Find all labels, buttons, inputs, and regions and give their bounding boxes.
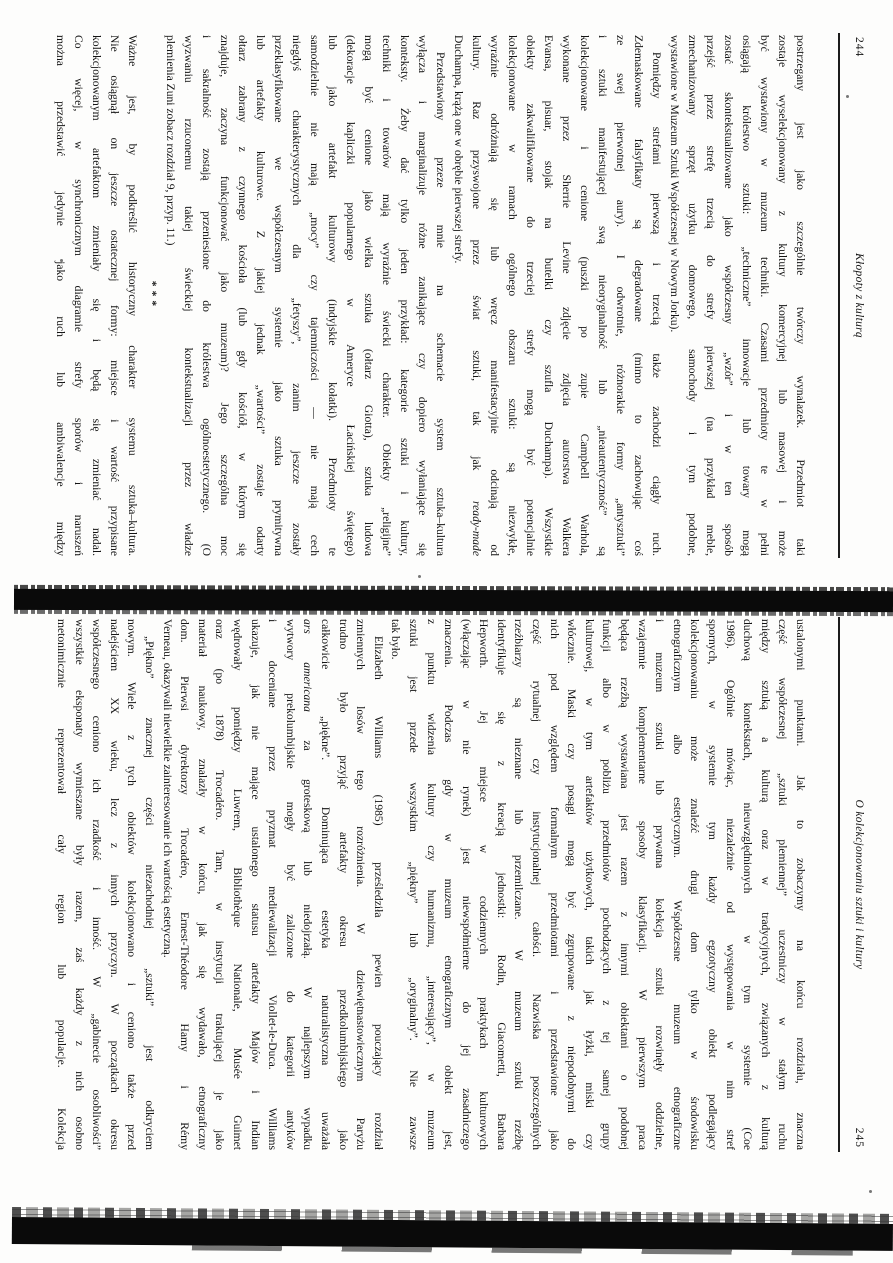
text-line: Nie osiągnął on jeszcze ostatecznej form… (105, 35, 123, 556)
text-line: wzajemnie komplementarne sposoby klasyfi… (633, 619, 651, 1150)
text-line: identyfikuje się z kreacją jednostki: Ro… (492, 619, 510, 1150)
text-line: techniki i towarów mają wyraźnie świecki… (377, 35, 395, 556)
text-line: wyzwaniu rzuconemu takiej świeckiej kont… (179, 35, 197, 556)
text-line: tak było. (387, 619, 405, 1150)
text-line: konteksty. Żeby dać tylko jeden przykład… (395, 35, 413, 556)
text-line: Elizabeth Williams (1985) prześledziła p… (369, 619, 387, 1150)
text-line: Przedstawiony przeze mnie na schemacie s… (431, 35, 449, 556)
scan-speck (869, 1190, 872, 1193)
text-line: włócznie. Maski czy posągi mogą być zgru… (563, 619, 581, 1150)
text-line: być wystawiony w muzeum techniki. Czasam… (755, 35, 773, 556)
text-line: lub artefakty kulturowe. Z jakiej jednak… (251, 35, 269, 556)
text-block: postrzegany jest jako szczególnie twórcz… (51, 33, 809, 558)
text-line: funkcji albo w pobliżu przedmiotów pocho… (598, 619, 616, 1150)
text-line: wykonane przez Sherrie Levine zdjęcie zd… (557, 35, 575, 556)
text-line: ukazuje, jak nie mające ustalonego statu… (246, 619, 264, 1150)
text-line: nowym. Wiele z tych obiektów kolekcjonow… (123, 619, 141, 1150)
running-title: O kolekcjonowaniu sztuki i kultury (853, 681, 865, 1088)
text-line: Evansa, pisuar, stojak na butelki czy sz… (539, 35, 557, 556)
page-header: 244 Kłopoty z kulturą (847, 33, 885, 558)
text-line: i doceniane przez pryzmat mediewalizacji… (264, 619, 282, 1150)
text-line: metonimicznie reprezentował cały region … (52, 619, 70, 1150)
text-line: „Piękno” znacznej części niezachodniej „… (140, 619, 158, 1150)
text-line: mogą być cenione jako wielka sztuka (ołt… (359, 35, 377, 556)
text-line: zostaje wyselekcjonowany z kultury komer… (773, 35, 791, 556)
text-line: znaczenia. Podczas gdy w muzeum etnograf… (440, 619, 458, 1150)
text-line: wędrowały pomiędzy Luwrem, Bibliothèque … (228, 619, 246, 1150)
page-number: 244 (853, 37, 865, 97)
text-line: część rytualnej czy instytucjonalnej cał… (528, 619, 546, 1150)
text-line: wytwory prekolumbijskie mogły być zalicz… (281, 619, 299, 1150)
text-line: (dekoracje kapliczki popularnego w Amery… (341, 35, 359, 556)
text-line: zmechanizowany sprzęt użytku domowego, s… (683, 35, 701, 556)
text-line: całkowicie „piękne”. Dominująca estetyka… (316, 619, 334, 1150)
text-line: lub jako artefakt kulturowy (indyjskie k… (323, 35, 341, 556)
book-scan: 244 Kłopoty z kulturą postrzegany jest j… (0, 0, 893, 1263)
text-line: kolekcjonowanym artefaktom zmieniały się… (87, 35, 105, 556)
text-line: osiągają królestwo sztuki: „techniczne” … (737, 35, 755, 556)
text-line: Zdemaskowane falsyfikaty są degradowane … (629, 35, 647, 556)
text-line: Duchampa, krążą one w obrębie pierwszej … (449, 35, 467, 556)
scanned-page-244: 244 Kłopoty z kulturą postrzegany jest j… (25, 33, 885, 558)
scan-speck (418, 575, 421, 578)
page-header: O kolekcjonowaniu sztuki i kultury 245 (847, 617, 885, 1152)
text-line: 1986). Ogólnie mówiąc, niezależnie od wy… (721, 619, 739, 1150)
text-line: obiekty zakwalifikowane do trzeciej stre… (521, 35, 539, 556)
text-line: sztuki jest przede wszystkim „piękny” lu… (404, 619, 422, 1150)
page-number: 245 (853, 1088, 865, 1148)
scanned-page-245: O kolekcjonowaniu sztuki i kultury 245 u… (25, 617, 885, 1152)
text-line: będąca rzeźbą wystawiana jest razem z in… (615, 619, 633, 1150)
text-line: i sztuki manifestującej swą nieoryginaln… (593, 35, 611, 556)
text-line: postrzegany jest jako szczególnie twórcz… (791, 35, 809, 556)
text-line: oraz (po 1878) Trocadéro. Tam, w instytu… (211, 619, 229, 1150)
text-line: wystawione w Muzeum Sztuki Współczesnej … (665, 35, 683, 556)
text-line: dom. Pierwsi dyrektorzy Trocadéro, Ernes… (176, 619, 194, 1150)
text-line: między sztuką a kulturą oraz w tradycyjn… (756, 619, 774, 1150)
text-line: niegdyś charakterystycznych dla „fetyszy… (287, 35, 305, 556)
text-line: plemienia Zuni zobacz rozdział 9, przyp.… (161, 35, 179, 556)
text-line: można przedstawić jedynie jako ruch lub … (51, 35, 69, 556)
scan-speck (846, 95, 849, 98)
text-line: duchową kontekstach, nieuwzględnionych w… (739, 619, 757, 1150)
text-line: zostać skontekstualizowane jako współcze… (719, 35, 737, 556)
text-line: spornych, w systemie tym każdy egzotyczn… (703, 619, 721, 1150)
text-line: i muzeum sztuki lub prywatna kolekcja sz… (651, 619, 669, 1150)
text-line: ze swej pierwotnej aury). I odwrotnie, r… (611, 35, 629, 556)
text-line: samodzielnie nie mają „mocy” czy tajemni… (305, 35, 323, 556)
scan-speck (60, 259, 63, 262)
section-break-asterisks: *** (141, 35, 161, 556)
text-line: przeklasyfikowane we współczesnym system… (269, 35, 287, 556)
text-line: znajduje, zaczyna funkcjonować jako muze… (215, 35, 233, 556)
text-line: Verneau, okazywali niewielkie zaintereso… (158, 619, 176, 1150)
text-line: wyłącza i marginalizuje różne zanikające… (413, 35, 431, 556)
text-line: Ważne jest, by podkreślić historyczny ch… (123, 35, 141, 556)
text-line: etnograficznym albo estetycznym. Współcz… (668, 619, 686, 1150)
text-line: kolekcjonowaniu może znaleźć drugi dom t… (686, 619, 704, 1150)
text-line: trudno było przyjąć artefakty okresu prz… (334, 619, 352, 1150)
text-line: kulturowej, w tym artefaktów użytkowych,… (580, 619, 598, 1150)
text-line: ołtarz zabrany z czynnego kościoła (lub … (233, 35, 251, 556)
text-line: materiał naukowy, znalazły w końcu, jak … (193, 619, 211, 1150)
text-line: kultury. Raz przyswojone przez świat szt… (467, 35, 485, 556)
text-line: nadejściem XX wieku, lecz z innych przyc… (105, 619, 123, 1150)
book-gutter-shadow (14, 589, 893, 612)
text-line: i sakralność zostają przeniesione do kró… (197, 35, 215, 556)
text-line: kolekcjonowane w ramach ogólnego obszaru… (503, 35, 521, 556)
text-line: Hepworth. Jej miejsce w codziennych prak… (475, 619, 493, 1150)
running-title: Kłopoty z kulturą (853, 97, 865, 494)
text-line: rzeźbiarzy są nieznane lub przemilczane.… (510, 619, 528, 1150)
text-line: ustalonymi punktami. Jak to zobaczymy na… (791, 619, 809, 1150)
text-line: zmiennych losów tego rozróżnienia. W dzi… (352, 619, 370, 1150)
text-line: Co więcej, w synchronicznym diagramie st… (69, 35, 87, 556)
header-rule (838, 617, 840, 1152)
text-line: z punktu widzenia kultury czy humanizmu,… (422, 619, 440, 1150)
text-line: część współczesnej „sztuki plemiennej” u… (774, 619, 792, 1150)
text-line: nich pod względem formalnym przedmiotami… (545, 619, 563, 1150)
text-block: ustalonymi punktami. Jak to zobaczymy na… (52, 617, 809, 1152)
text-line: wszystkie eksponaty wymieszane były raze… (70, 619, 88, 1150)
text-line: współczesnego ceniono ich rzadkość i inn… (88, 619, 106, 1150)
text-line: Pomiędzy strefami pierwszą i trzecią tak… (647, 35, 665, 556)
header-rule (838, 33, 840, 558)
text-line: (włączając w nie rynek) jest niewspółmie… (457, 619, 475, 1150)
page-bottom-scan-shadow (12, 1217, 893, 1251)
text-line: przejść przez strefę trzecią do strefy p… (701, 35, 719, 556)
text-line: kolekcjonowane i cenione (puszki po zupi… (575, 35, 593, 556)
text-line: ars americana za groteskową lub niedojrz… (299, 619, 317, 1150)
text-line: wyraźnie odróżniają się lub wręcz manife… (485, 35, 503, 556)
